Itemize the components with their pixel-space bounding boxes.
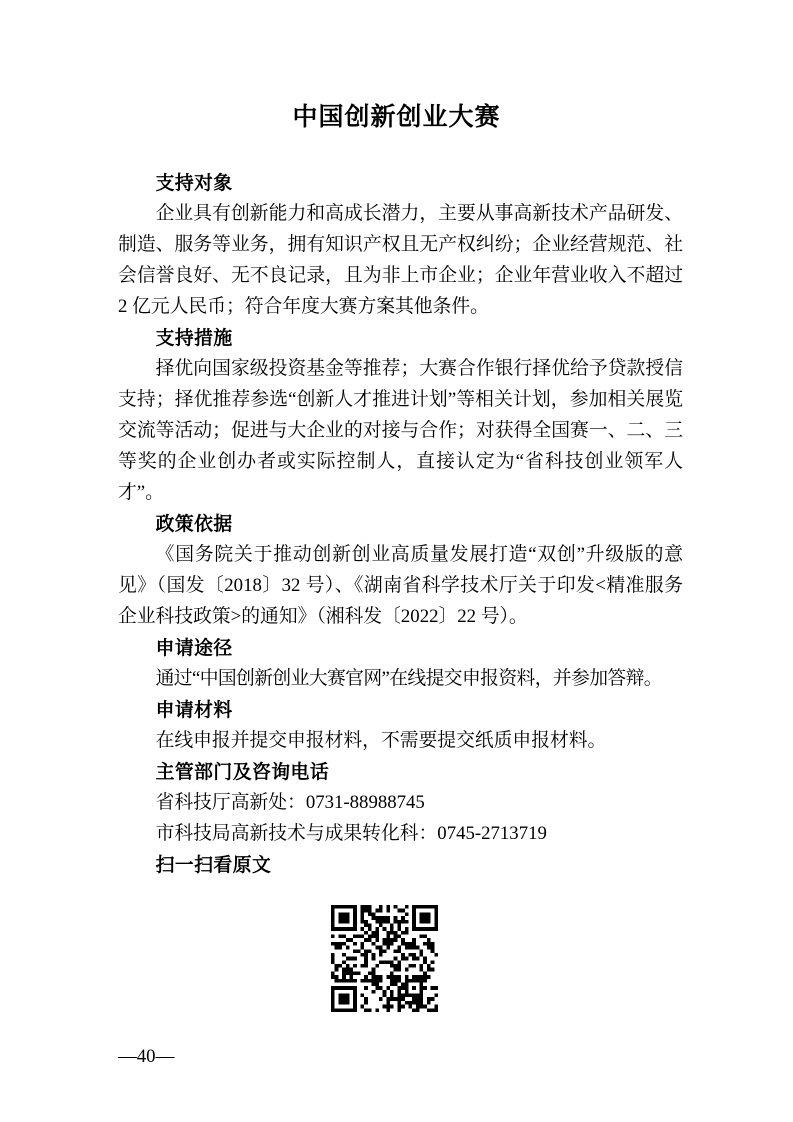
contact-line-city: 市科技局高新技术与成果转化科：0745-2713719 (118, 818, 683, 849)
heading-scan-original: 扫一扫看原文 (118, 849, 683, 880)
heading-application-channel: 申请途径 (118, 632, 683, 663)
qr-code (331, 905, 438, 1012)
paragraph-application-channel: 通过“中国创新创业大赛官网”在线提交申报资料，并参加答辩。 (118, 663, 683, 694)
paragraph-application-materials: 在线申报并提交申报材料，不需要提交纸质申报材料。 (118, 725, 683, 756)
paragraph-policy-basis: 《国务院关于推动创新创业高质量发展打造“双创”升级版的意见》（国发〔2018〕3… (118, 539, 683, 632)
heading-application-materials: 申请材料 (118, 694, 683, 725)
paragraph-support-target: 企业具有创新能力和高成长潜力，主要从事高新技术产品研发、制造、服务等业务，拥有知… (118, 198, 683, 322)
heading-support-measures: 支持措施 (118, 322, 683, 353)
paragraph-support-measures: 择优向国家级投资基金等推荐；大赛合作银行择优给予贷款授信支持；择优推荐参选“创新… (118, 353, 683, 508)
contact-line-province: 省科技厅高新处：0731-88988745 (118, 787, 683, 818)
document-body: 支持对象 企业具有创新能力和高成长潜力，主要从事高新技术产品研发、制造、服务等业… (118, 167, 683, 880)
document-page: 中国创新创业大赛 支持对象 企业具有创新能力和高成长潜力，主要从事高新技术产品研… (0, 0, 793, 1122)
heading-support-target: 支持对象 (118, 167, 683, 198)
heading-policy-basis: 政策依据 (118, 508, 683, 539)
heading-contact-department: 主管部门及咨询电话 (118, 756, 683, 787)
page-number: —40— (118, 1041, 174, 1072)
page-title: 中国创新创业大赛 (0, 100, 793, 136)
